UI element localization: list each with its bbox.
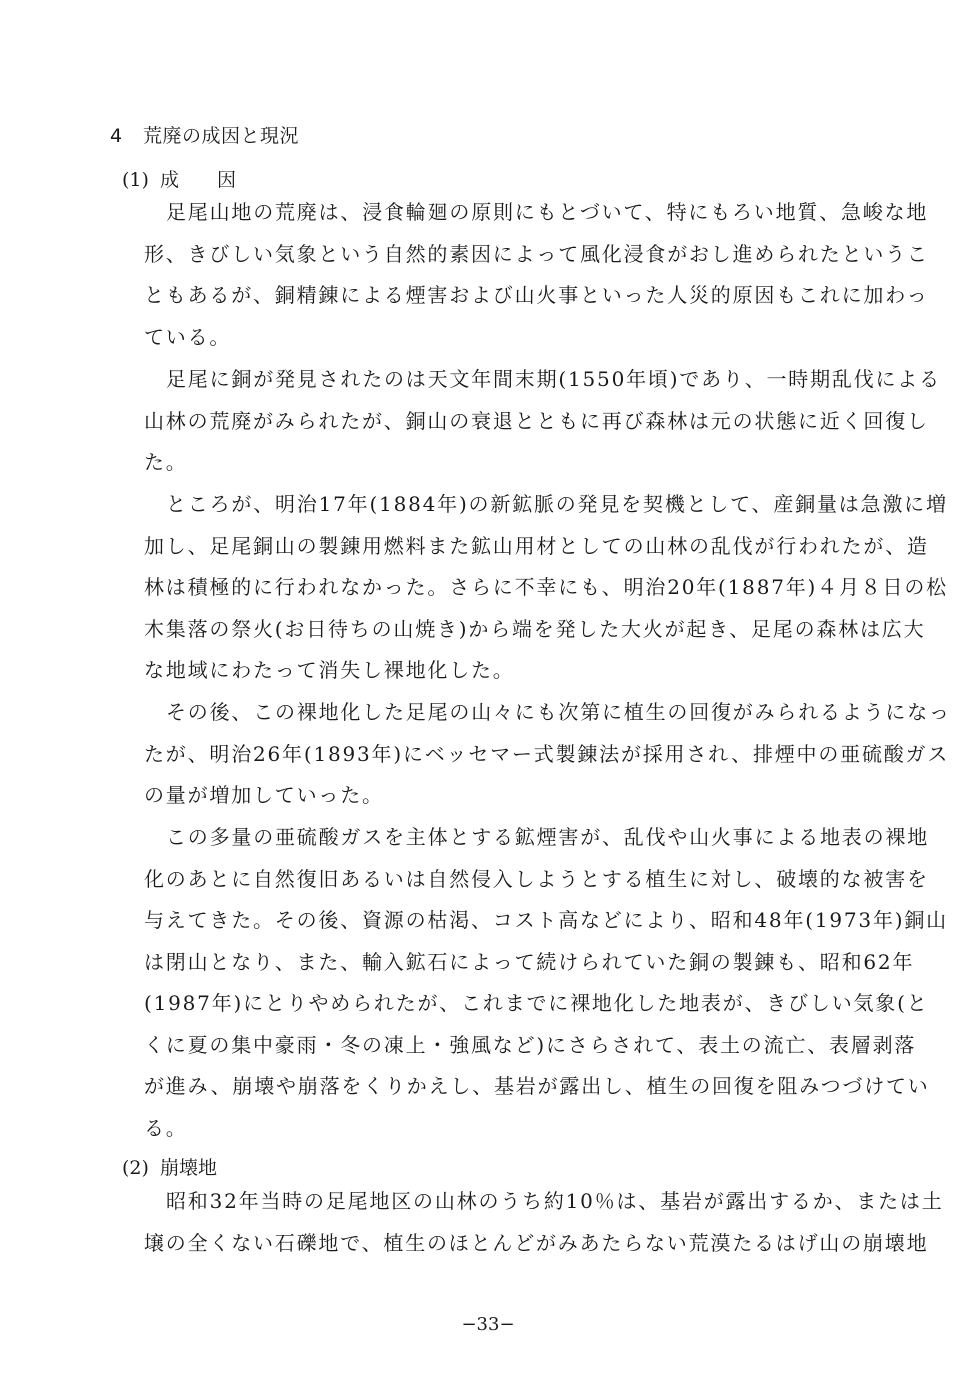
text-line: の量が増加していった。 — [144, 775, 860, 817]
paragraph-causes-4: その後、この裸地化した足尾の山々にも次第に植生の回復がみられるようになっ たが、… — [144, 692, 860, 817]
text-line: が進み、崩壊や崩落をくりかえし、基岩が露出し、植生の回復を阻みつづけてい — [144, 1066, 858, 1108]
text-line: たが、明治26年(1893年)にベッセマー式製錬法が採用され、排煙中の亜硫酸ガス — [144, 734, 858, 776]
subsection-heading-collapse-sites: (2)崩壊地 — [122, 1153, 217, 1180]
subsection-title: 成因 — [160, 169, 274, 191]
paragraph-collapse-sites-1: 昭和32年当時の足尾地区の山林のうち約10％は、基岩が露出するか、または土 壌の… — [144, 1181, 860, 1264]
subsection-heading-causes: (1)成因 — [122, 165, 274, 192]
text-line: 化のあとに自然復旧あるいは自然侵入しようとする植生に対し、破壊的な被害を — [144, 859, 858, 901]
text-line: は閉山となり、また、輸入鉱石によって続けられていた銅の製錬も、昭和62年 — [144, 942, 858, 984]
section-number: 4 — [110, 125, 143, 147]
paragraph-causes-3: ところが、明治17年(1884年)の新鉱脈の発見を契機として、産銅量は急激に増 … — [144, 484, 860, 692]
text-line: な地域にわたって消失し裸地化した。 — [144, 650, 860, 692]
subsection-number: (2) — [122, 1157, 160, 1179]
text-line: 木集落の祭火(お日待ちの山焼き)から端を発した大火が起き、足尾の森林は広大 — [144, 609, 858, 651]
text-line: 加し、足尾銅山の製錬用燃料また鉱山用材としての山林の乱伐が行われたが、造 — [144, 526, 858, 568]
text-line: ている。 — [144, 317, 860, 359]
text-line: 林は積極的に行われなかった。さらに不幸にも、明治20年(1887年)４月８日の松 — [144, 567, 858, 609]
document-page: 4荒廃の成因と現況 (1)成因 足尾山地の荒廃は、浸食輪廻の原則にもとづいて、特… — [0, 0, 976, 1394]
paragraph-causes-2: 足尾に銅が発見されたのは天文年間末期(1550年頃)であり、一時期乱伐による 山… — [144, 359, 860, 484]
text-line: 山林の荒廃がみられたが、銅山の衰退とともに再び森林は元の状態に近く回復し — [144, 401, 858, 443]
subsection-title: 崩壊地 — [160, 1157, 217, 1179]
subsection-number: (1) — [122, 169, 160, 191]
paragraph-causes-5: この多量の亜硫酸ガスを主体とする鉱煙害が、乱伐や山火事による地表の裸地 化のあと… — [144, 817, 860, 1149]
text-line: る。 — [144, 1108, 860, 1150]
paragraph-causes-1: 足尾山地の荒廃は、浸食輪廻の原則にもとづいて、特にもろい地質、急峻な地 形、きび… — [144, 192, 860, 358]
text-line: 足尾山地の荒廃は、浸食輪廻の原則にもとづいて、特にもろい地質、急峻な地 — [144, 192, 858, 234]
text-line: (1987年)にとりやめられたが、これまでに裸地化した地表が、きびしい気象(と — [144, 983, 858, 1025]
text-line: ともあるが、銅精錬による煙害および山火事といった人災的原因もこれに加わっ — [144, 275, 858, 317]
text-line: 足尾に銅が発見されたのは天文年間末期(1550年頃)であり、一時期乱伐による — [144, 359, 858, 401]
section-heading: 4荒廃の成因と現況 — [110, 121, 299, 148]
text-line: ところが、明治17年(1884年)の新鉱脈の発見を契機として、産銅量は急激に増 — [144, 484, 858, 526]
text-line: た。 — [144, 442, 860, 484]
text-line: 与えてきた。その後、資源の枯渇、コスト高などにより、昭和48年(1973年)銅山 — [144, 900, 858, 942]
text-line: くに夏の集中豪雨・冬の凍上・強風など)にさらされて、表土の流亡、表層剥落 — [144, 1025, 858, 1067]
page-number: −33− — [0, 1314, 976, 1335]
section-title: 荒廃の成因と現況 — [143, 125, 299, 147]
text-line: その後、この裸地化した足尾の山々にも次第に植生の回復がみられるようになっ — [144, 692, 858, 734]
text-line: 昭和32年当時の足尾地区の山林のうち約10％は、基岩が露出するか、または土 — [144, 1181, 858, 1223]
text-line: この多量の亜硫酸ガスを主体とする鉱煙害が、乱伐や山火事による地表の裸地 — [144, 817, 858, 859]
text-line: 壌の全くない石礫地で、植生のほとんどがみあたらない荒漠たるはげ山の崩壊地 — [144, 1223, 858, 1265]
text-line: 形、きびしい気象という自然的素因によって風化浸食がおし進められたというこ — [144, 234, 858, 276]
